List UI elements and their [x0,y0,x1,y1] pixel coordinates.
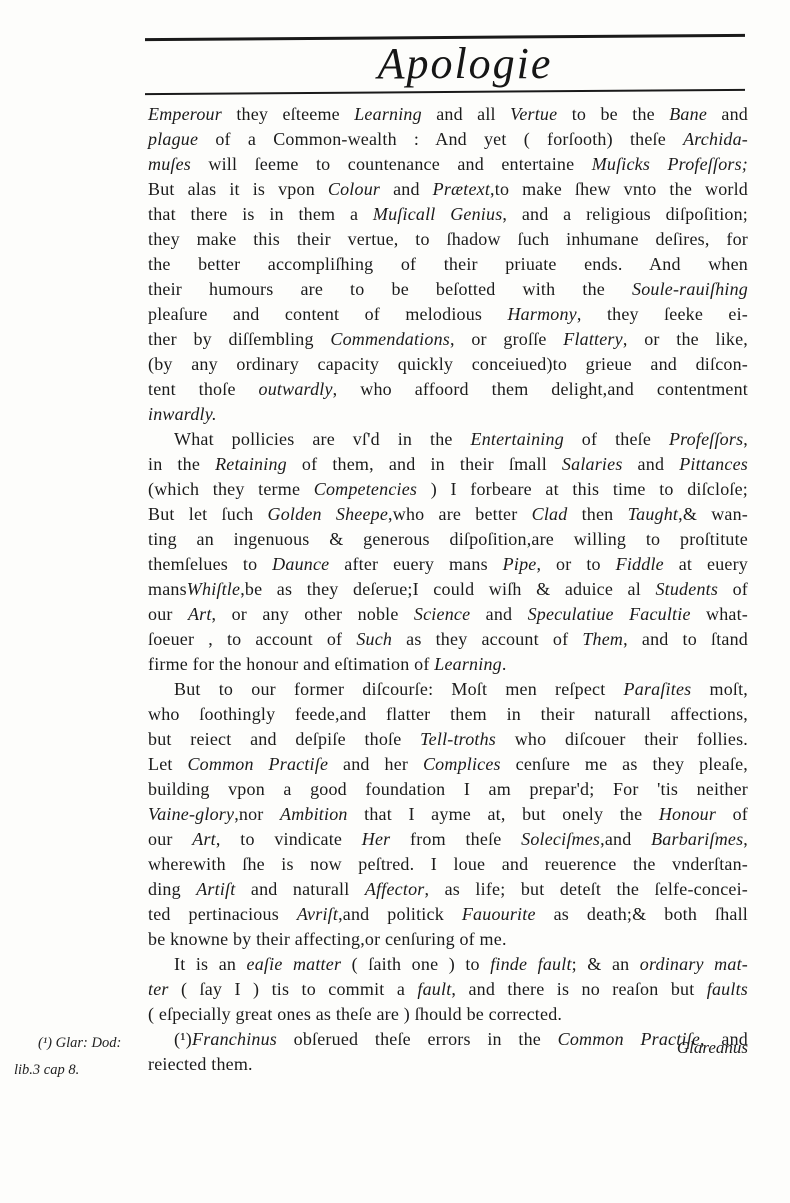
text-line: in the Retaining of them, and in their ſ… [148,452,748,477]
text-line: inwardly. [148,402,748,427]
text-line: reiected them. [148,1052,748,1077]
text-line: that there is in them a Muſicall Genius,… [148,202,748,227]
text-line: ding Artiſt and naturall Affector, as li… [148,877,748,902]
text-line: ting an ingenuous & generous diſpoſition… [148,527,748,552]
margin-note-line: (¹) Glar: Dod: [14,1030,144,1057]
header-rule-bottom [145,89,745,95]
text-line: It is an eaſie matter ( ſaith one ) to f… [148,952,748,977]
margin-note: (¹) Glar: Dod: lib.3 cap 8. [14,1030,144,1084]
text-line: themſelues to Daunce after euery mans Pi… [148,552,748,577]
text-line: Let Common Practiſe and her Complices ce… [148,752,748,777]
text-line: What pollicies are vſ'd in the Entertain… [148,427,748,452]
text-line: tent thoſe outwardly, who affoord them d… [148,377,748,402]
text-line: ( eſpecially great ones as theſe are ) ſ… [148,1002,748,1027]
text-line: Vaine-glory,nor Ambition that I ayme at,… [148,802,748,827]
text-line: ter ( ſay I ) tis to commit a fault, and… [148,977,748,1002]
text-line: ted pertinacious Avriſt,and politick Fau… [148,902,748,927]
text-line: our Art, or any other noble Science and … [148,602,748,627]
text-line: firme for the honour and eſtimation of L… [148,652,748,677]
text-line: pleaſure and content of melodious Harmon… [148,302,748,327]
text-line: the better accompliſhing of their priuat… [148,252,748,277]
book-page: Apologie Emperour they eſteeme Learning … [0,0,790,1203]
text-line: ther by diſſembling Commendations, or gr… [148,327,748,352]
text-line: who ſoothingly feede,and flatter them in… [148,702,748,727]
text-line: our Art, to vindicate Her from theſe Sol… [148,827,748,852]
text-line: mansWhiſtle,be as they deſerue;I could w… [148,577,748,602]
text-line: But to our former diſcourſe: Moſt men re… [148,677,748,702]
text-line: they make this their vertue, to ſhadow ſ… [148,227,748,252]
running-title: Apologie [145,38,745,89]
text-line: ſoeuer , to account of Such as they acco… [148,627,748,652]
margin-note-line: lib.3 cap 8. [14,1057,144,1084]
text-line: (by any ordinary capacity quickly concei… [148,352,748,377]
text-line: Emperour they eſteeme Learning and all V… [148,102,748,127]
text-line: but reiect and deſpiſe thoſe Tell-troths… [148,727,748,752]
text-line: wherewith ſhe is now peſtred. I loue and… [148,852,748,877]
text-line: building vpon a good foundation I am pre… [148,777,748,802]
text-line: But alas it is vpon Colour and Prætext,t… [148,177,748,202]
text-line: muſes will ſeeme to countenance and ente… [148,152,748,177]
text-line: But let ſuch Golden Sheepe,who are bette… [148,502,748,527]
text-line: their humours are to be beſotted with th… [148,277,748,302]
text-line: be knowne by their affecting,or cenſurin… [148,927,748,952]
text-line: (¹)Franchinus obſerued theſe errors in t… [148,1027,748,1052]
text-line: plague of a Common-wealth : And yet ( fo… [148,127,748,152]
catchword: Glareanus [677,1038,748,1058]
body-text: Emperour they eſteeme Learning and all V… [148,102,748,1077]
text-line: (which they terme Competencies ) I forbe… [148,477,748,502]
